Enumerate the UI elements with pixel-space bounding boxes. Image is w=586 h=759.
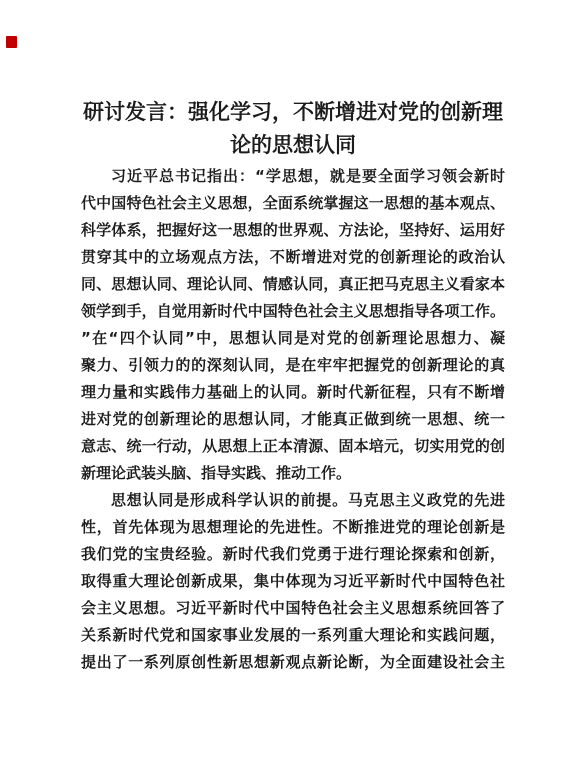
title-line: 论的思想认同 — [81, 129, 505, 162]
text-line: 性，首先体现为思想理论的先进性。不断推进党的理论创新是 — [81, 514, 505, 541]
text-line: 提出了一系列原创性新思想新观点新论断，为全面建设社会主 — [81, 649, 505, 676]
text-line: 我们党的宝贵经验。新时代我们党勇于进行理论探索和创新， — [81, 541, 505, 568]
text-line: 贯穿其中的立场观点方法，不断增进对党的创新理论的政治认 — [81, 244, 505, 271]
document-page: 研讨发言：强化学习，不断增进对党的创新理论的思想认同 习近平总书记指出：“学思想… — [0, 0, 586, 759]
text-line: 新理论武装头脑、指导实践、推动工作。 — [81, 460, 505, 487]
title-line: 研讨发言：强化学习，不断增进对党的创新理 — [81, 96, 505, 129]
text-line: 同、思想认同、理论认同、情感认同，真正把马克思主义看家本 — [81, 271, 505, 298]
text-line: 关系新时代党和国家事业发展的一系列重大理论和实践问题， — [81, 622, 505, 649]
text-line: 代中国特色社会主义思想，全面系统掌握这一思想的基本观点、 — [81, 190, 505, 217]
paragraph: 思想认同是形成科学认识的前提。马克思主义政党的先进性，首先体现为思想理论的先进性… — [81, 487, 505, 676]
document-title: 研讨发言：强化学习，不断增进对党的创新理论的思想认同 — [81, 96, 505, 162]
document-body: 习近平总书记指出：“学思想，就是要全面学习领会新时代中国特色社会主义思想，全面系… — [81, 163, 505, 676]
text-line: 领学到手，自觉用新时代中国特色社会主义思想指导各项工作。 — [81, 298, 505, 325]
text-line: 聚力、引领力的的深刻认同，是在牢牢把握党的创新理论的真 — [81, 352, 505, 379]
text-line: ”在“四个认同”中，思想认同是对党的创新理论思想力、凝 — [81, 325, 505, 352]
paragraph: 习近平总书记指出：“学思想，就是要全面学习领会新时代中国特色社会主义思想，全面系… — [81, 163, 505, 487]
text-line: 进对党的创新理论的思想认同，才能真正做到统一思想、统一 — [81, 406, 505, 433]
text-line: 取得重大理论创新成果，集中体现为习近平新时代中国特色社 — [81, 568, 505, 595]
text-line: 意志、统一行动，从思想上正本清源、固本培元，切实用党的创 — [81, 433, 505, 460]
text-line: 会主义思想。习近平新时代中国特色社会主义思想系统回答了 — [81, 595, 505, 622]
text-line: 科学体系，把握好这一思想的世界观、方法论，坚持好、运用好 — [81, 217, 505, 244]
red-marker — [6, 36, 17, 48]
text-line: 思想认同是形成科学认识的前提。马克思主义政党的先进 — [81, 487, 505, 514]
text-line: 理力量和实践伟力基础上的认同。新时代新征程，只有不断增 — [81, 379, 505, 406]
text-line: 习近平总书记指出：“学思想，就是要全面学习领会新时 — [81, 163, 505, 190]
